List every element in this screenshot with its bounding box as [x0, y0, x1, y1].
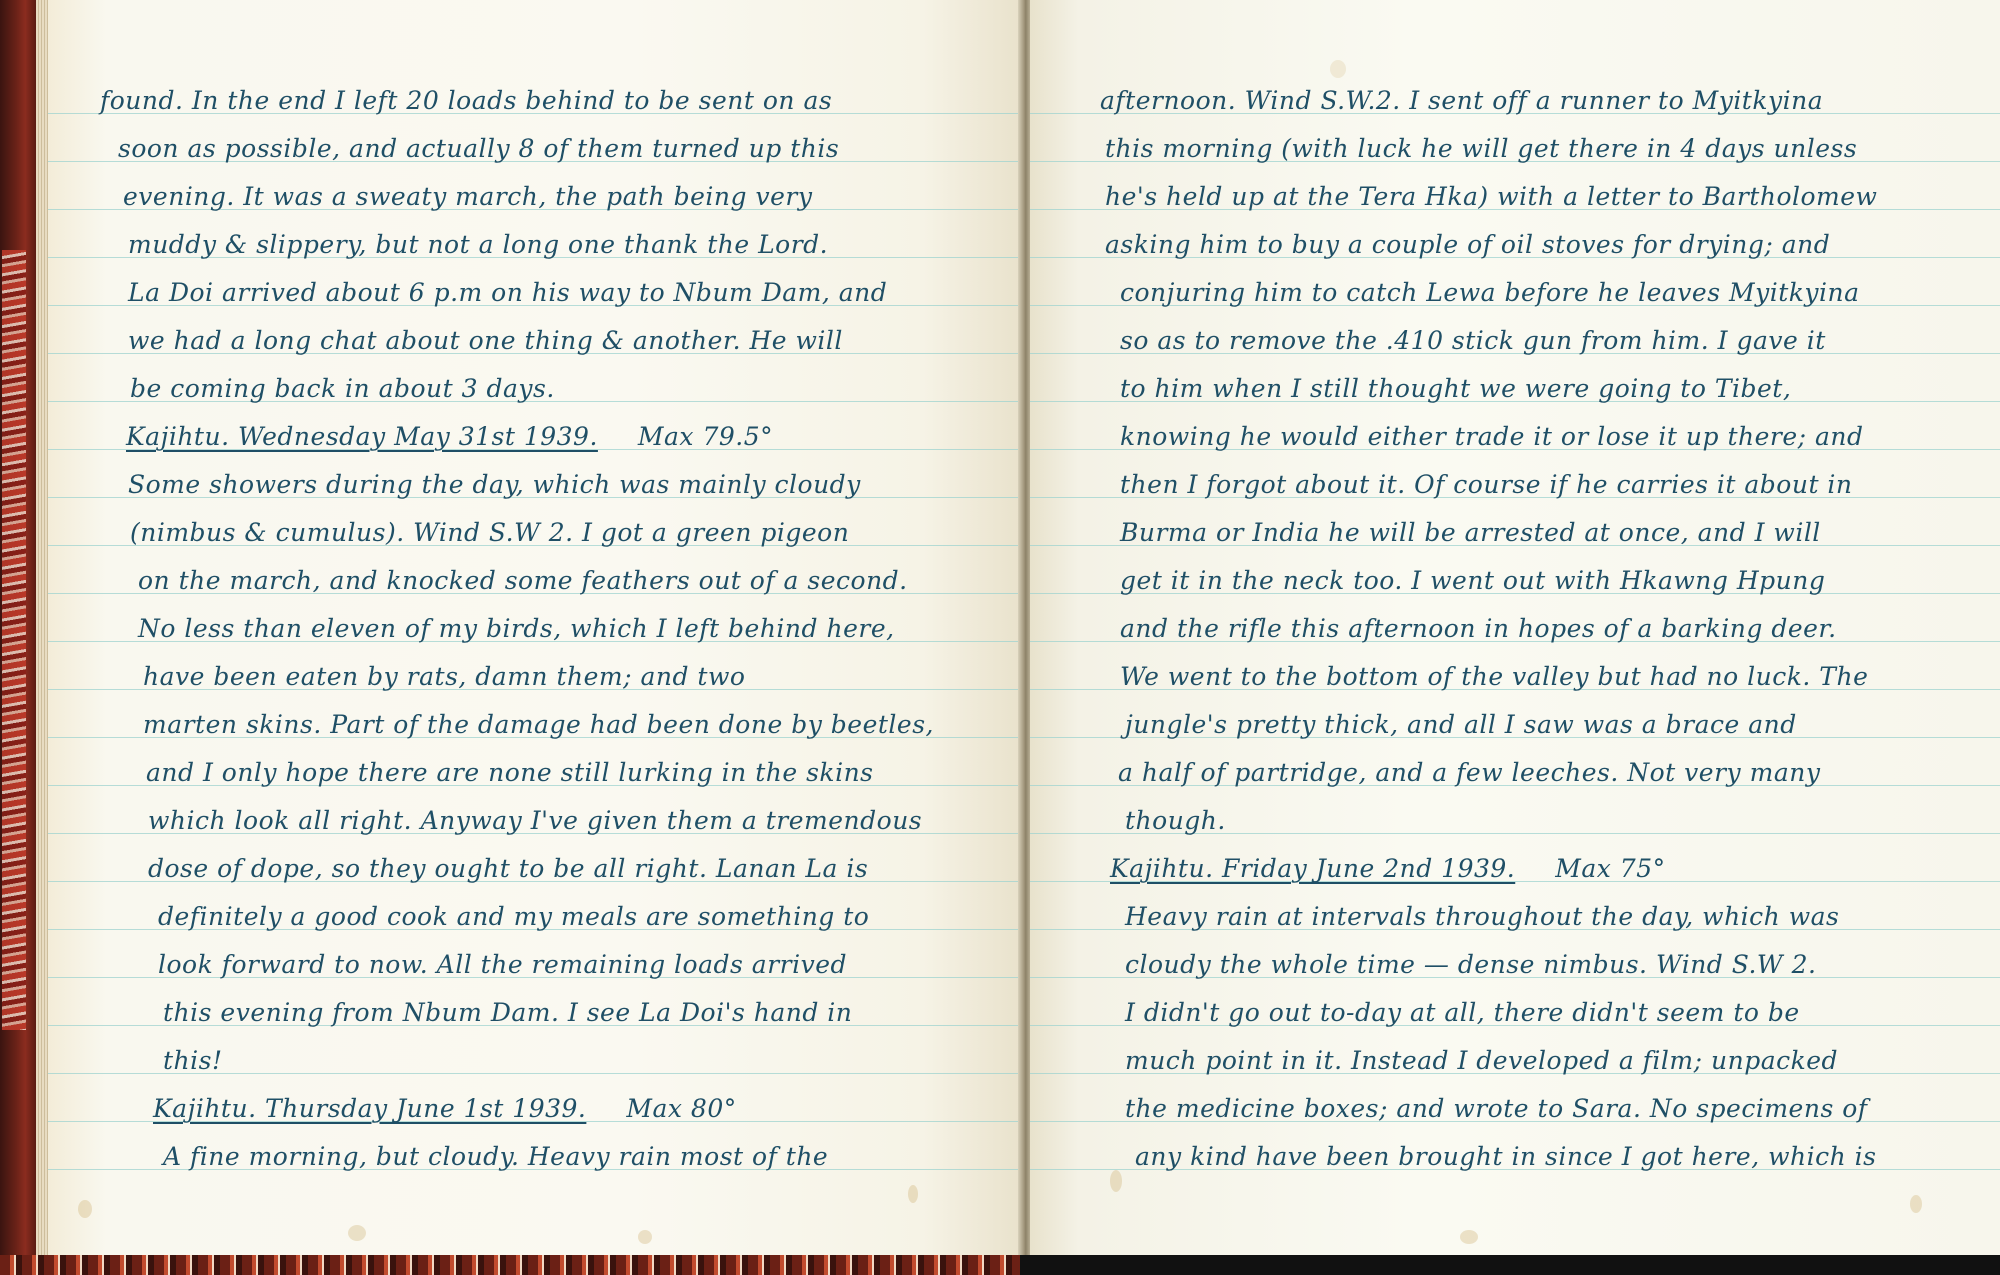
diary-line: A fine morning, but cloudy. Heavy rain m…: [163, 1142, 828, 1172]
left-page: found. In the end I left 20 loads behind…: [48, 0, 1020, 1255]
diary-line: Burma or India he will be arrested at on…: [1120, 518, 1821, 548]
max-temperature: Max 79.5°: [638, 422, 773, 452]
entry-date: Kajihtu. Friday June 2nd 1939.: [1110, 854, 1515, 883]
diary-line: get it in the neck too. I went out with …: [1120, 566, 1825, 596]
diary-line: which look all right. Anyway I've given …: [148, 806, 922, 836]
age-stain: [638, 1230, 652, 1244]
diary-line: dose of dope, so they ought to be all ri…: [148, 854, 868, 884]
diary-line: to him when I still thought we were goin…: [1120, 374, 1791, 404]
diary-line: a half of partridge, and a few leeches. …: [1118, 758, 1820, 788]
diary-line: No less than eleven of my birds, which I…: [138, 614, 895, 644]
page-block-edge: [36, 0, 48, 1255]
diary-line: knowing he would either trade it or lose…: [1120, 422, 1864, 452]
diary-line: (nimbus & cumulus). Wind S.W 2. I got a …: [130, 518, 849, 548]
book-cover-edge: [0, 0, 36, 1275]
diary-line: this!: [163, 1046, 223, 1076]
age-stain: [1330, 60, 1346, 78]
diary-line: conjuring him to catch Lewa before he le…: [1120, 278, 1860, 308]
diary-line: evening. It was a sweaty march, the path…: [123, 182, 812, 212]
age-stain: [78, 1200, 92, 1218]
diary-line: this morning (with luck he will get ther…: [1105, 134, 1857, 164]
age-stain: [1110, 1170, 1122, 1192]
age-stain: [908, 1185, 918, 1203]
diary-line: then I forgot about it. Of course if he …: [1120, 470, 1853, 500]
diary-line: asking him to buy a couple of oil stoves…: [1105, 230, 1830, 260]
age-stain: [1910, 1195, 1922, 1213]
age-stain: [348, 1225, 366, 1241]
diary-line: though.: [1125, 806, 1226, 836]
entry-heading-june1: Kajihtu. Thursday June 1st 1939.Max 80°: [153, 1094, 737, 1124]
diary-line: any kind have been brought in since I go…: [1135, 1142, 1876, 1172]
entry-heading-may31: Kajihtu. Wednesday May 31st 1939.Max 79.…: [126, 422, 773, 452]
diary-line: muddy & slippery, but not a long one tha…: [128, 230, 828, 260]
entry-date: Kajihtu. Thursday June 1st 1939.: [153, 1094, 586, 1123]
diary-line: La Doi arrived about 6 p.m on his way to…: [128, 278, 887, 308]
entry-heading-june2: Kajihtu. Friday June 2nd 1939.Max 75°: [1110, 854, 1666, 884]
diary-line: so as to remove the .410 stick gun from …: [1120, 326, 1826, 356]
diary-line: on the march, and knocked some feathers …: [138, 566, 908, 596]
diary-line: soon as possible, and actually 8 of them…: [118, 134, 839, 164]
diary-line: Heavy rain at intervals throughout the d…: [1125, 902, 1839, 932]
book-bottom-edge: [0, 1255, 2000, 1275]
diary-line: We went to the bottom of the valley but …: [1120, 662, 1868, 692]
diary-line: and I only hope there are none still lur…: [146, 758, 874, 788]
diary-line: jungle's pretty thick, and all I saw was…: [1125, 710, 1797, 740]
diary-line: have been eaten by rats, damn them; and …: [143, 662, 745, 692]
diary-line: afternoon. Wind S.W.2. I sent off a runn…: [1100, 86, 1823, 116]
diary-line: be coming back in about 3 days.: [130, 374, 555, 404]
diary-line: look forward to now. All the remaining l…: [158, 950, 847, 980]
diary-line: cloudy the whole time — dense nimbus. Wi…: [1125, 950, 1816, 980]
diary-line: this evening from Nbum Dam. I see La Doi…: [163, 998, 852, 1028]
diary-line: definitely a good cook and my meals are …: [158, 902, 869, 932]
right-page: afternoon. Wind S.W.2. I sent off a runn…: [1030, 0, 2000, 1255]
diary-line: we had a long chat about one thing & ano…: [128, 326, 843, 356]
diary-line: marten skins. Part of the damage had bee…: [143, 710, 934, 740]
age-stain: [1460, 1230, 1478, 1244]
marbled-endpaper: [2, 250, 26, 1030]
marbled-edge: [0, 1255, 1020, 1275]
max-temperature: Max 75°: [1555, 854, 1665, 884]
diary-line: the medicine boxes; and wrote to Sara. N…: [1125, 1094, 1868, 1124]
diary-line: and the rifle this afternoon in hopes of…: [1120, 614, 1837, 644]
diary-line: Some showers during the day, which was m…: [128, 470, 861, 500]
diary-line: much point in it. Instead I developed a …: [1125, 1046, 1838, 1076]
diary-line: found. In the end I left 20 loads behind…: [100, 86, 832, 116]
diary-line: I didn't go out to-day at all, there did…: [1125, 998, 1800, 1028]
max-temperature: Max 80°: [626, 1094, 736, 1124]
entry-date: Kajihtu. Wednesday May 31st 1939.: [126, 422, 598, 451]
diary-line: he's held up at the Tera Hka) with a let…: [1105, 182, 1877, 212]
